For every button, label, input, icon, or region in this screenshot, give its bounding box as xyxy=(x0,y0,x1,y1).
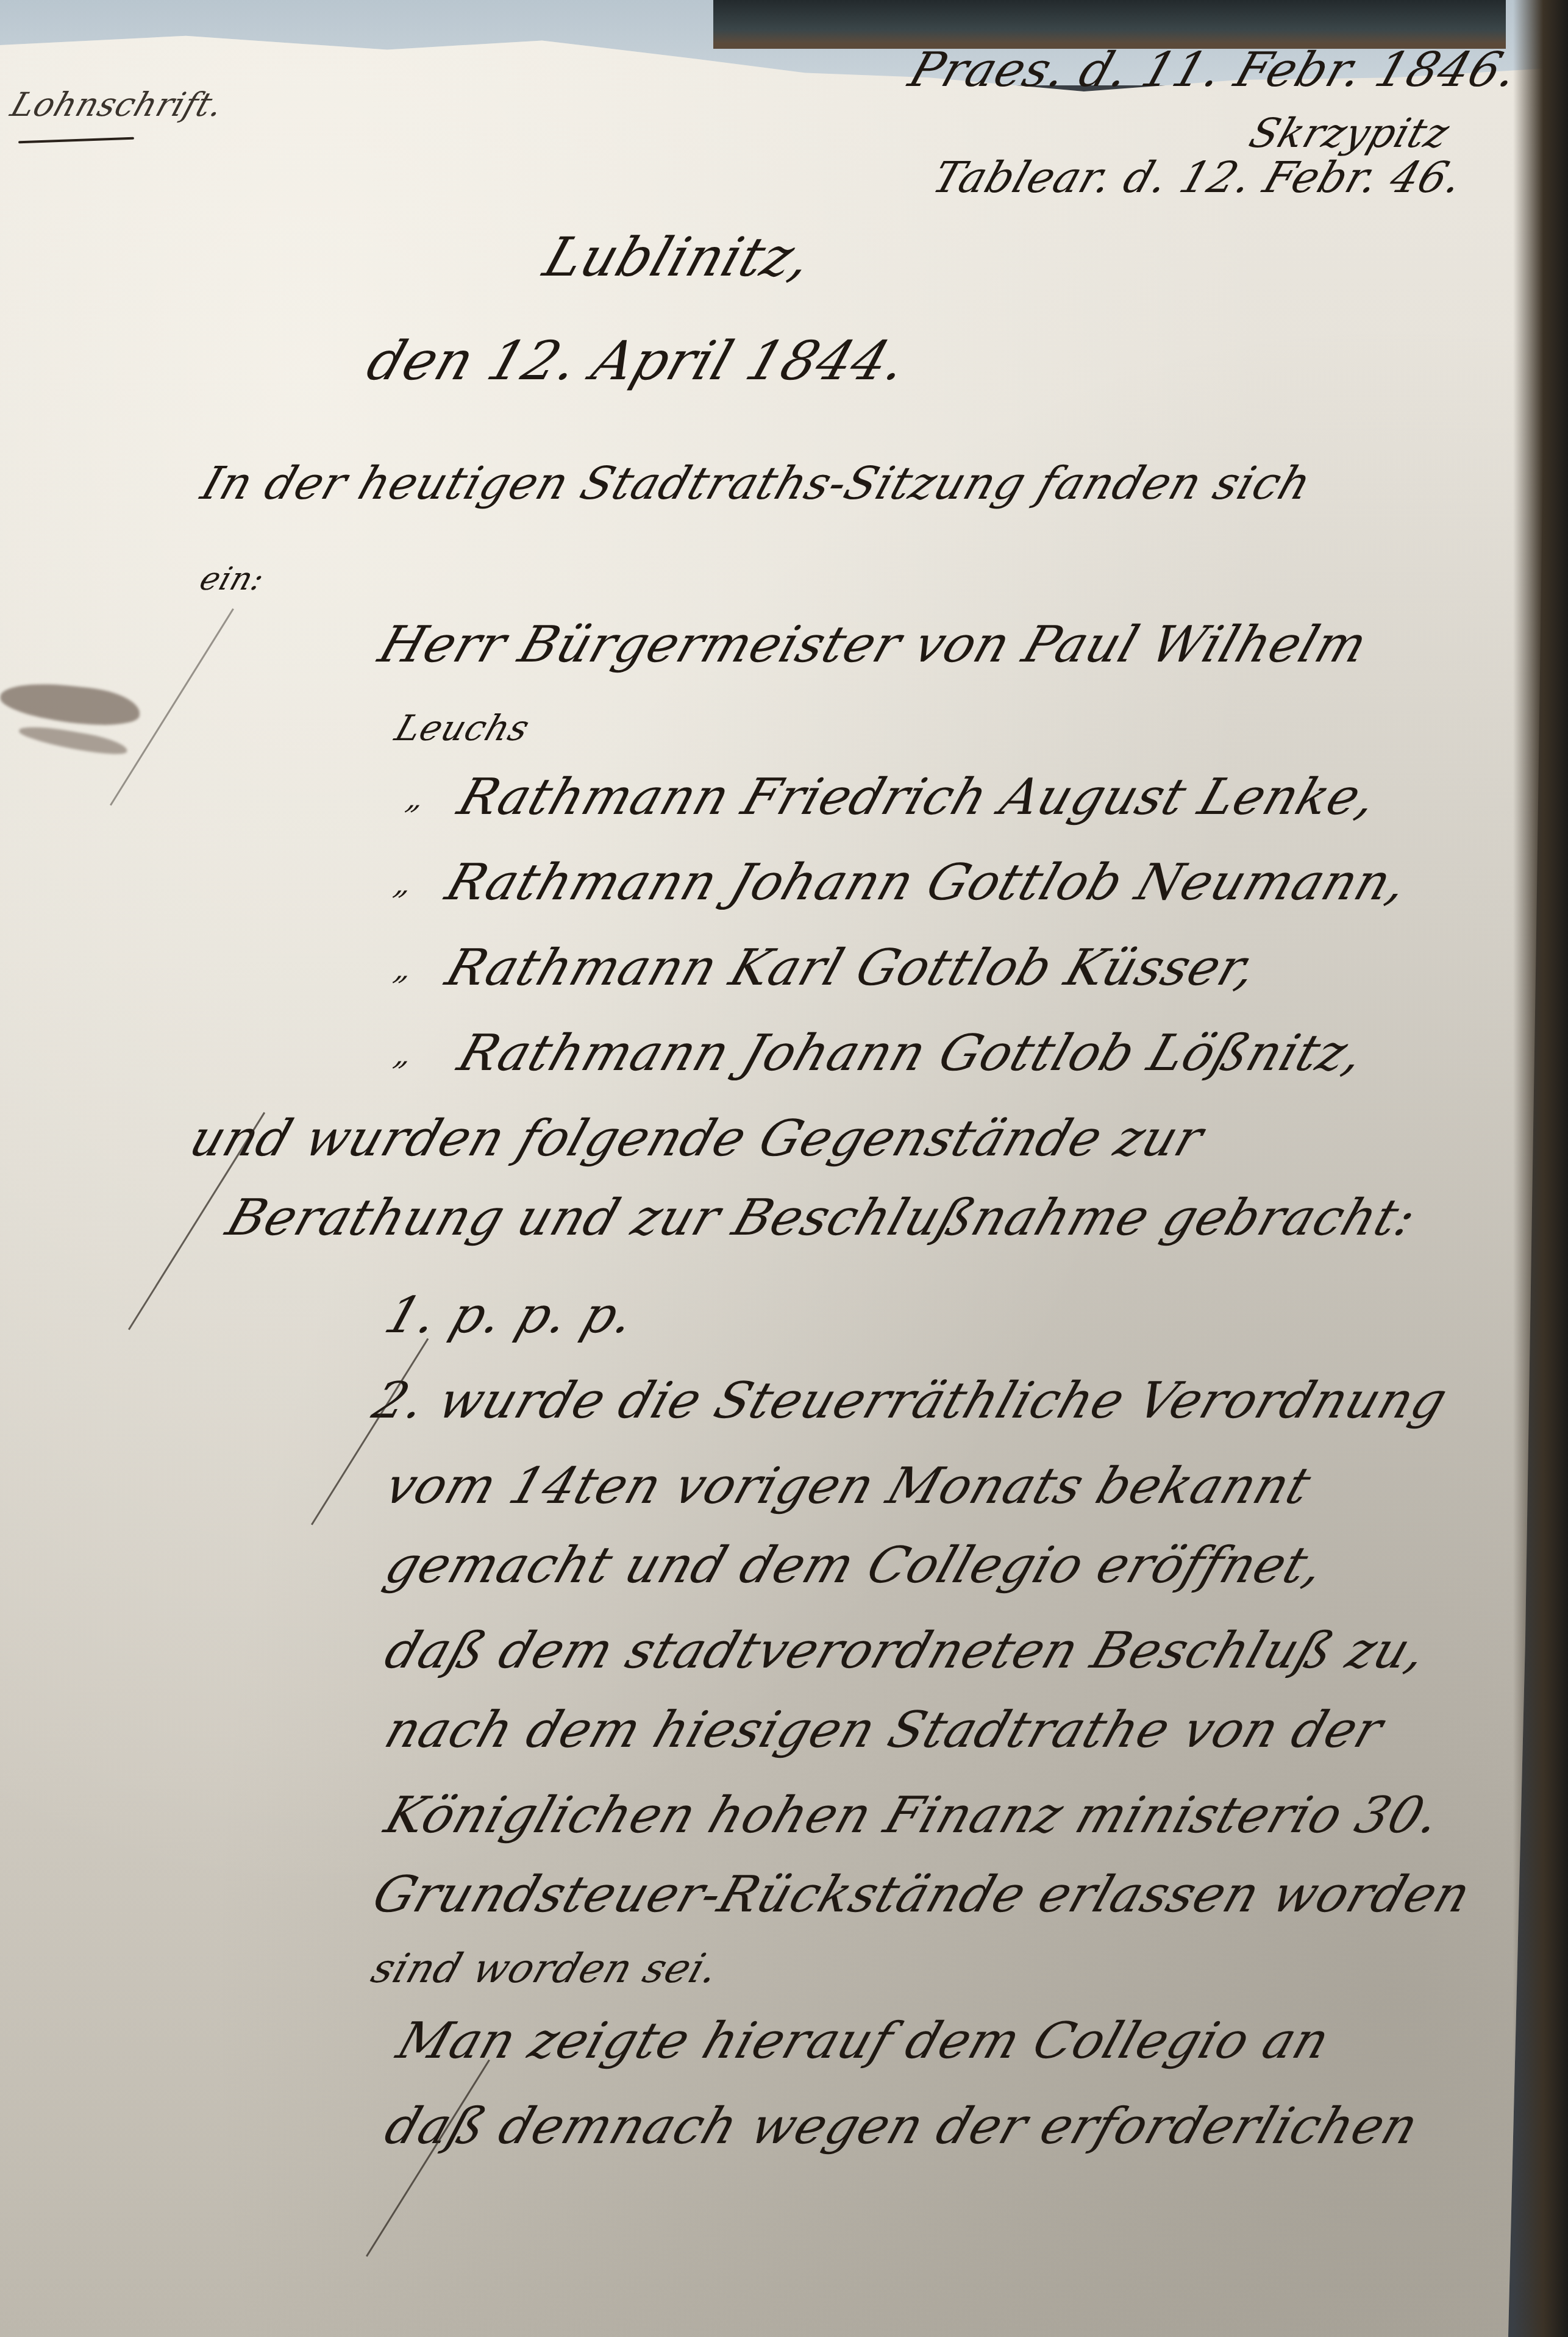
item-2-line-7: Grundsteuer-Rückstände erlassen worden xyxy=(366,1866,1478,1924)
margin-note: Lohnschrift. xyxy=(6,85,229,124)
body-line-3: Herr Bürgermeister von Paul Wilhelm xyxy=(372,616,1375,674)
council-member-1: Rathmann Friedrich August Lenke, xyxy=(451,768,1385,826)
item-2-line-8: sind worden sei. xyxy=(366,1945,725,1992)
received-date: Praes. d. 11. Febr. 1846. xyxy=(902,43,1525,98)
council-member-3: Rathmann Karl Gottlob Küsser, xyxy=(439,939,1264,997)
item-2-line-2: vom 14ten vorigen Monats bekannt xyxy=(378,1457,1318,1515)
item-2-line-3: gemacht und dem Collegio eröffnet, xyxy=(378,1536,1332,1594)
signature: Skrzypitz xyxy=(1244,110,1455,157)
council-member-4: Rathmann Johann Gottlob Lößnitz, xyxy=(451,1024,1372,1082)
document-date: den 12. April 1844. xyxy=(360,329,916,392)
body-line-9: und wurden folgende Gegenstände zur xyxy=(183,1110,1211,1168)
item-2-line-6: Königlichen hohen Finanz ministerio 30. xyxy=(378,1786,1449,1844)
body-line-4: Leuchs xyxy=(390,707,535,749)
item-2-line-1: 2. wurde die Steuerräthliche Verordnung xyxy=(366,1372,1455,1430)
tableau-date: Tablear. d. 12. Febr. 46. xyxy=(927,152,1470,202)
body-line-1: In der heutigen Stadtraths-Sitzung fande… xyxy=(195,457,1318,510)
item-2-line-5: nach dem hiesigen Stadtrathe von der xyxy=(378,1701,1391,1759)
place-name: Lublinitz, xyxy=(536,226,821,288)
item-1-placeholder: 1. p. p. p. xyxy=(378,1286,643,1344)
council-member-2: Rathmann Johann Gottlob Neumann, xyxy=(439,854,1415,912)
book-cover-edge xyxy=(713,0,1506,49)
body-line-10: Berathung und zur Beschlußnahme gebracht… xyxy=(219,1189,1424,1247)
item-2-line-9: Man zeigte hierauf dem Collegio an xyxy=(390,2012,1337,2070)
item-2-line-4: daß dem stadtverordneten Beschluß zu, xyxy=(378,1622,1434,1680)
body-line-2: ein: xyxy=(195,561,269,598)
book-spine-shadow xyxy=(1513,0,1568,2337)
item-2-line-10: daß demnach wegen der erforderlichen xyxy=(378,2097,1426,2155)
